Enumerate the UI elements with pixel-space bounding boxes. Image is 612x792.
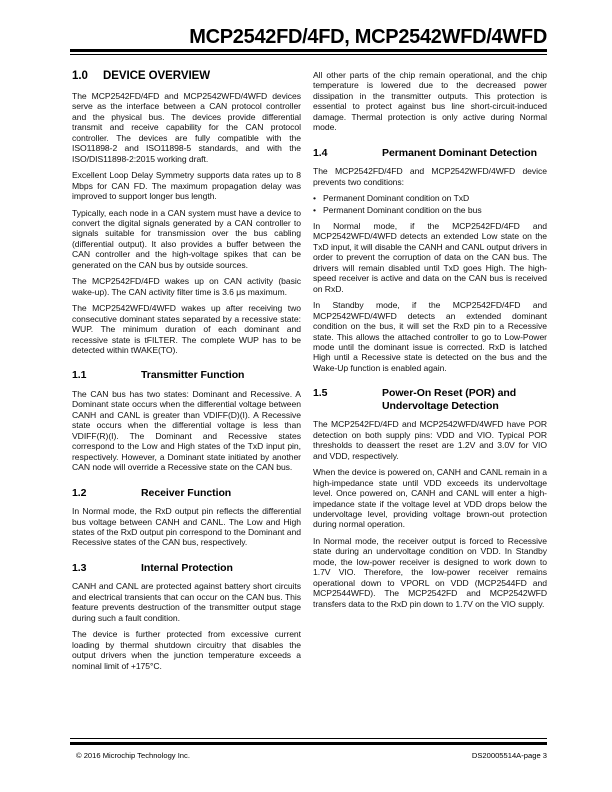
paragraph: Typically, each node in a CAN system mus… (72, 208, 301, 271)
paragraph: The MCP2542FD/4FD and MCP2542WFD/4WFD de… (72, 91, 301, 164)
paragraph: The MCP2542FD/4FD and MCP2542WFD/4WFD de… (313, 166, 547, 187)
bullet-list: • Permanent Dominant condition on TxD • … (313, 193, 547, 215)
paragraph: When the device is powered on, CANH and … (313, 467, 547, 530)
section-heading-1-3: 1.3 Internal Protection (72, 562, 301, 575)
section-title: Power-On Reset (POR) and Undervoltage De… (382, 387, 547, 412)
section-title: DEVICE OVERVIEW (103, 70, 210, 83)
section-number: 1.0 (72, 70, 103, 83)
footer-rule-thick (70, 742, 547, 745)
header-rule-thick (70, 49, 547, 52)
header-rule-thin (70, 54, 547, 55)
section-heading-1-4: 1.4 Permanent Dominant Detection (313, 147, 547, 160)
list-item-text: Permanent Dominant condition on the bus (323, 205, 482, 215)
section-title: Transmitter Function (141, 369, 244, 382)
section-number: 1.5 (313, 387, 382, 412)
right-column: All other parts of the chip remain opera… (313, 70, 547, 609)
section-heading-1-2: 1.2 Receiver Function (72, 487, 301, 500)
paragraph: In Normal mode, the receiver output is f… (313, 536, 547, 609)
section-heading-1-0: 1.0 DEVICE OVERVIEW (72, 70, 301, 83)
section-number: 1.3 (72, 562, 141, 575)
footer-copyright: © 2016 Microchip Technology Inc. (76, 751, 190, 760)
paragraph: In Standby mode, if the MCP2542FD/4FD an… (313, 300, 547, 373)
datasheet-page: MCP2542FD/4FD, MCP2542WFD/4WFD 1.0 DEVIC… (0, 0, 612, 792)
footer-rule-thin (70, 738, 547, 739)
section-number: 1.1 (72, 369, 141, 382)
list-item-text: Permanent Dominant condition on TxD (323, 193, 469, 203)
page-title: MCP2542FD/4FD, MCP2542WFD/4WFD (72, 26, 547, 49)
paragraph: The MCP2542FD/4FD and MCP2542WFD/4WFD ha… (313, 419, 547, 461)
paragraph: The CAN bus has two states: Dominant and… (72, 389, 301, 473)
left-column: 1.0 DEVICE OVERVIEW The MCP2542FD/4FD an… (72, 70, 301, 671)
paragraph: All other parts of the chip remain opera… (313, 70, 547, 133)
section-heading-1-5: 1.5 Power-On Reset (POR) and Undervoltag… (313, 387, 547, 412)
paragraph: Excellent Loop Delay Symmetry supports d… (72, 170, 301, 201)
paragraph: In Normal mode, the RxD output pin refle… (72, 506, 301, 548)
paragraph: The MCP2542WFD/4WFD wakes up after recei… (72, 303, 301, 355)
paragraph: The MCP2542FD/4FD wakes up on CAN activi… (72, 276, 301, 297)
list-item: • Permanent Dominant condition on TxD (313, 193, 547, 203)
section-title: Receiver Function (141, 487, 231, 500)
bullet-marker: • (313, 205, 323, 215)
section-title: Permanent Dominant Detection (382, 147, 537, 160)
section-title: Internal Protection (141, 562, 233, 575)
list-item: • Permanent Dominant condition on the bu… (313, 205, 547, 215)
section-number: 1.2 (72, 487, 141, 500)
paragraph: The device is further protected from exc… (72, 629, 301, 671)
paragraph: CANH and CANL are protected against batt… (72, 581, 301, 623)
bullet-marker: • (313, 193, 323, 203)
section-number: 1.4 (313, 147, 382, 160)
footer-doc-ref: DS20005514A-page 3 (472, 751, 547, 760)
section-heading-1-1: 1.1 Transmitter Function (72, 369, 301, 382)
paragraph: In Normal mode, if the MCP2542FD/4FD and… (313, 221, 547, 294)
